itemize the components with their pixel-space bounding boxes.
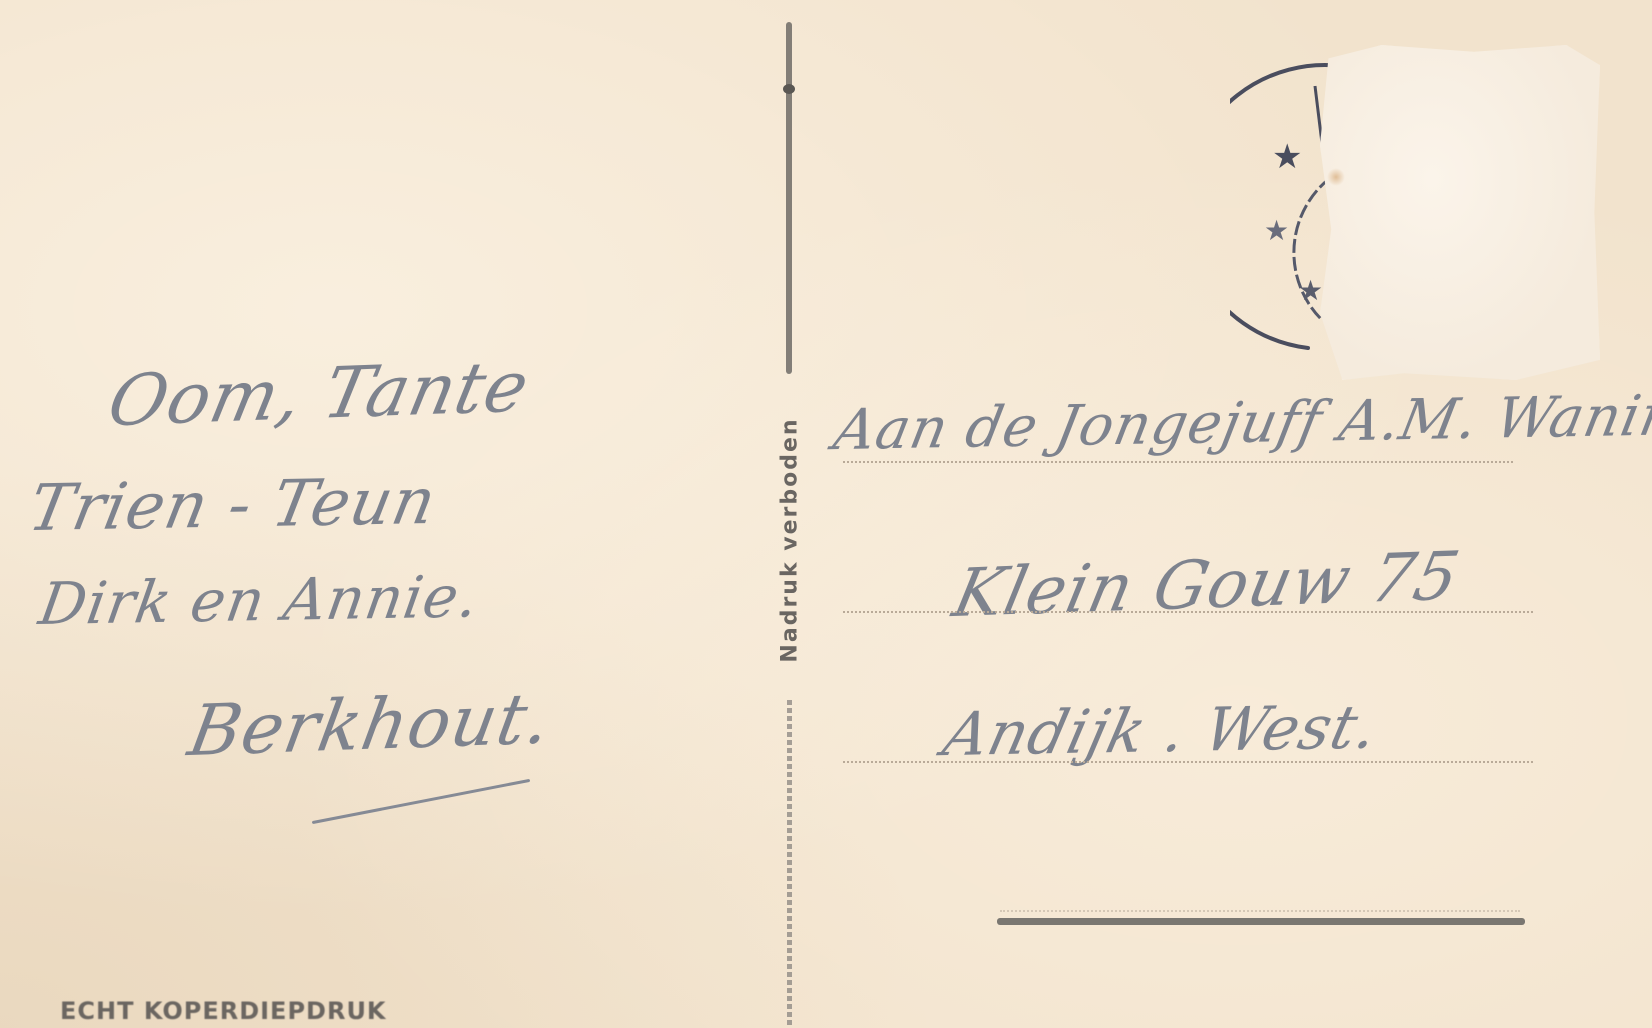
svg-text:★: ★ bbox=[1272, 137, 1302, 177]
message-signature: Berkhout. bbox=[183, 677, 558, 772]
center-divider-top bbox=[786, 22, 792, 374]
address-line-1: Aan de Jongejuff A.M. Wanink bbox=[829, 383, 1652, 464]
signature-underline bbox=[312, 779, 530, 824]
message-line-3: Dirk en Annie. bbox=[35, 562, 484, 638]
divider-text: Nadruk verboden bbox=[778, 417, 803, 662]
address-dotted-line-1 bbox=[843, 461, 1513, 463]
printer-mark: ECHT KOPERDIEPDRUK bbox=[60, 997, 387, 1025]
address-dotted-line-2 bbox=[843, 611, 1533, 613]
center-divider-bottom bbox=[787, 700, 792, 1028]
svg-text:★: ★ bbox=[1264, 214, 1289, 247]
svg-text:★: ★ bbox=[1298, 274, 1323, 307]
message-line-1: Oom, Tante bbox=[101, 345, 536, 442]
address-line-2: Klein Gouw 75 bbox=[947, 537, 1467, 632]
address-dotted-line-4 bbox=[1000, 910, 1520, 912]
address-bottom-rule bbox=[997, 918, 1525, 925]
postcard-back: Oom, Tante Trien - Teun Dirk en Annie. B… bbox=[0, 0, 1652, 1028]
torn-stamp-area bbox=[1320, 45, 1600, 380]
divider-ornament bbox=[783, 84, 795, 94]
address-dotted-line-3 bbox=[843, 761, 1533, 763]
message-line-2: Trien - Teun bbox=[23, 465, 443, 546]
address-line-3: Andijk . West. bbox=[937, 692, 1385, 770]
stamp-stain bbox=[1327, 168, 1345, 186]
